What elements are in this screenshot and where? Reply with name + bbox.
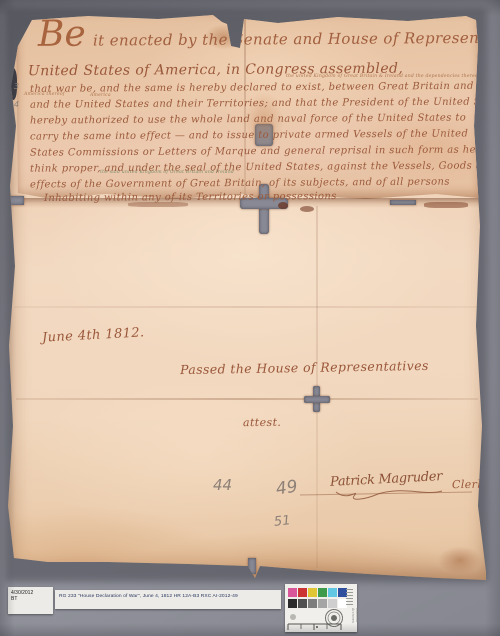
color-patch — [328, 588, 337, 597]
color-patch — [318, 599, 327, 608]
enacting-clause-line1: Be it enacted by the Senate and House of… — [38, 26, 500, 50]
manuscript-document: Be it enacted by the Senate and House of… — [8, 6, 488, 580]
color-patch — [298, 599, 307, 608]
color-patch — [308, 599, 317, 608]
archival-initials-text: BT — [11, 596, 53, 602]
tally-44: 44 — [213, 476, 232, 494]
archival-caption-text: RG 233 "House Declaration of War", June … — [59, 594, 238, 599]
resolution-bars-icon — [346, 589, 353, 605]
paper-hole-lower-cross-h — [304, 396, 330, 403]
paper-stain — [438, 546, 482, 574]
patch-row-2 — [288, 599, 347, 608]
archival-date-label: 4/30/2012 BT — [8, 587, 53, 614]
color-patch — [298, 588, 307, 597]
color-patch — [318, 588, 327, 597]
margin-number-3: 3 — [14, 82, 19, 91]
tally-49: 49 — [275, 477, 299, 500]
gray-dot — [290, 614, 296, 620]
attest-line: attest. — [243, 416, 281, 429]
enacting-text: it enacted by the Senate and House of Re… — [88, 28, 500, 49]
horizontal-fold-middle — [14, 306, 480, 308]
date-line: June 4th 1812. — [42, 325, 145, 345]
color-patch — [328, 599, 337, 608]
passed-line: Passed the House of Representatives — [180, 358, 429, 377]
body-line-8: Inhabiting within any of its Territories… — [44, 191, 337, 204]
horizontal-fold-lower — [16, 398, 478, 400]
margin-number-4: 4 — [14, 100, 19, 109]
paper-hole-right-sliver — [390, 200, 416, 205]
color-patch — [288, 588, 297, 597]
color-patch — [288, 599, 297, 608]
tally-51: 51 — [273, 513, 291, 530]
patch-row-1 — [288, 588, 347, 597]
ornate-initial: Be — [38, 14, 86, 55]
color-calibration-card: National Archives — [285, 584, 357, 632]
card-vertical-label: National Archives — [351, 608, 359, 632]
interline-annotation-kingdom: the united Kingdom of Great Britain & Ir… — [286, 74, 480, 79]
archival-caption-label: RG 233 "House Declaration of War", June … — [55, 590, 281, 609]
signature-flourish — [334, 486, 444, 502]
color-patch — [308, 588, 317, 597]
ruler-scale-icon — [287, 621, 343, 631]
photograph-background: Be it enacted by the Senate and House of… — [0, 0, 500, 636]
